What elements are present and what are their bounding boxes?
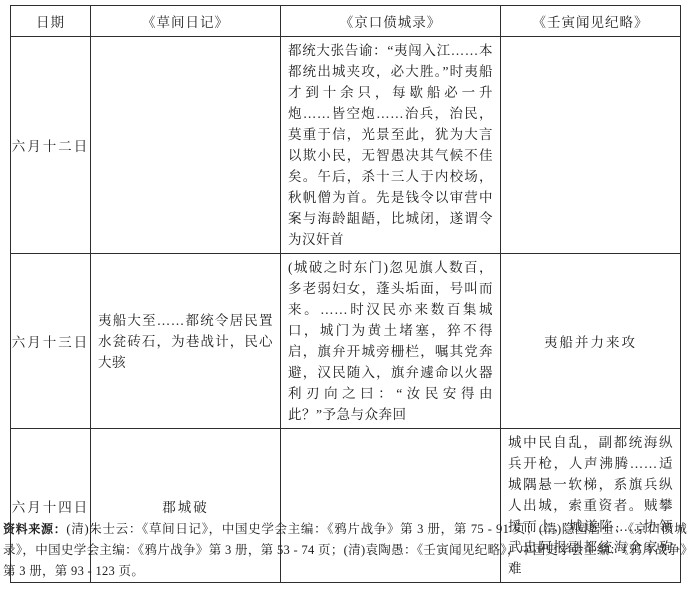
jingkou-text	[281, 503, 500, 509]
caojian-cell	[91, 37, 281, 254]
date-cell: 六月十二日	[11, 37, 91, 254]
table-row: 六月十二日 都统大张告谕：“夷闯入江……本都统出城夹攻，必大胜。”时夷船才到十余…	[11, 37, 681, 254]
header-jingkou-record: 《京口偾城录》	[281, 6, 501, 37]
caojian-text: 夷船大至……都统令居民置水瓫砖石，为巷战计，民心大骇	[91, 307, 280, 376]
source-note-text: (清)朱士云：《草间日记》，中国史学会主编：《鸦片战争》第 3 册，第 75 -…	[3, 522, 687, 578]
header-renyin-account: 《壬寅闻见纪略》	[501, 6, 681, 37]
document-page: 日期 《草间日记》 《京口偾城录》 《壬寅闻见纪略》 六月十二日 都统大张告谕：…	[0, 0, 690, 589]
caojian-cell: 夷船大至……都统令居民置水瓫砖石，为巷战计，民心大骇	[91, 254, 281, 429]
date-cell: 六月十三日	[11, 254, 91, 429]
source-note: 资料来源：(清)朱士云：《草间日记》，中国史学会主编：《鸦片战争》第 3 册，第…	[3, 519, 687, 582]
header-date: 日期	[11, 6, 91, 37]
renyin-text	[501, 142, 680, 148]
caojian-text	[91, 142, 280, 148]
comparison-table: 日期 《草间日记》 《京口偾城录》 《壬寅闻见纪略》 六月十二日 都统大张告谕：…	[10, 5, 681, 583]
renyin-cell	[501, 37, 681, 254]
jingkou-text: 都统大张告谕：“夷闯入江……本都统出城夹攻，必大胜。”时夷船才到十余只，每歇船必…	[281, 37, 500, 253]
source-note-label: 资料来源：	[3, 522, 66, 536]
jingkou-cell: 都统大张告谕：“夷闯入江……本都统出城夹攻，必大胜。”时夷船才到十余只，每歇船必…	[281, 37, 501, 254]
table-row: 六月十三日 夷船大至……都统令居民置水瓫砖石，为巷战计，民心大骇 (城破之时东门…	[11, 254, 681, 429]
header-row: 日期 《草间日记》 《京口偾城录》 《壬寅闻见纪略》	[11, 6, 681, 37]
header-caojian-diary: 《草间日记》	[91, 6, 281, 37]
renyin-cell: 夷船并力来攻	[501, 254, 681, 429]
jingkou-text: (城破之时东门)忽见旗人数百，多老弱妇女，蓬头垢面，号叫而来。……时汉民亦来数百…	[281, 254, 500, 428]
jingkou-cell: (城破之时东门)忽见旗人数百，多老弱妇女，蓬头垢面，号叫而来。……时汉民亦来数百…	[281, 254, 501, 429]
